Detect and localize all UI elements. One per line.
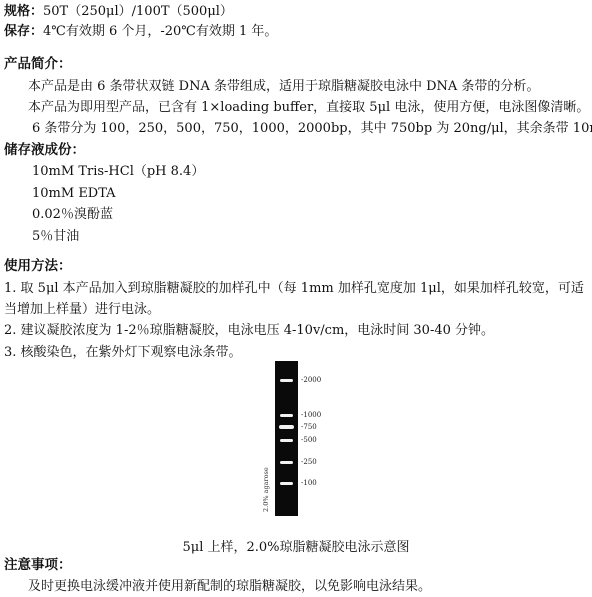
gel-band-100 bbox=[280, 482, 293, 485]
buffer-item: 10mM EDTA bbox=[32, 185, 116, 202]
buffer-heading: 储存液成份： bbox=[4, 142, 85, 159]
spec-line: 规格：50T（250μl）/100T（500μl） bbox=[4, 3, 233, 20]
buffer-item: 10mM Tris-HCl（pH 8.4） bbox=[32, 163, 204, 180]
buffer-item: 0.02％溴酚蓝 bbox=[32, 206, 113, 223]
gel-band-750 bbox=[279, 425, 294, 429]
usage-line: 当增加上样量）进行电泳。 bbox=[4, 301, 160, 318]
intro-heading: 产品简介： bbox=[4, 56, 72, 73]
storage-line: 保存：4℃有效期 6 个月，-20℃有效期 1 年。 bbox=[4, 23, 277, 40]
gel-caption: 5μl 上样，2.0%琼脂糖凝胶电泳示意图 bbox=[0, 536, 592, 555]
usage-line: 3. 核酸染色，在紫外灯下观察电泳条带。 bbox=[4, 344, 242, 361]
usage-line: 1. 取 5μl 本产品加入到琼脂糖凝胶的加样孔中（每 1mm 加样孔宽度加 1… bbox=[4, 280, 584, 297]
notes-line: 及时更换电泳缓冲液并使用新配制的琼脂糖凝胶，以免影响电泳结果。 bbox=[28, 578, 431, 595]
marker-label-1000: -1000 bbox=[301, 411, 321, 419]
intro-line: 6 条带分为 100，250，500，750，1000，2000bp，其中 75… bbox=[32, 120, 592, 137]
spec-label: 规格： bbox=[4, 4, 43, 19]
buffer-item: 5％甘油 bbox=[32, 228, 79, 245]
storage-value: 4℃有效期 6 个月，-20℃有效期 1 年。 bbox=[43, 24, 277, 39]
marker-label-100: -100 bbox=[301, 479, 317, 487]
gel-band-1000 bbox=[280, 414, 293, 417]
notes-heading: 注意事项： bbox=[4, 557, 72, 574]
gel-image bbox=[275, 361, 298, 516]
usage-heading: 使用方法： bbox=[4, 258, 72, 275]
marker-label-750: -750 bbox=[301, 423, 317, 431]
spec-value: 50T（250μl）/100T（500μl） bbox=[43, 4, 233, 19]
intro-line: 本产品是由 6 条带状双链 DNA 条带组成，适用于琼脂糖凝胶电泳中 DNA 条… bbox=[28, 78, 539, 95]
marker-label-250: -250 bbox=[301, 458, 317, 466]
storage-label: 保存： bbox=[4, 24, 43, 39]
gel-band-2000 bbox=[280, 379, 293, 382]
intro-line: 本产品为即用型产品，已含有 1×loading buffer，直接取 5μl 电… bbox=[28, 99, 589, 116]
marker-label-500: -500 bbox=[301, 436, 317, 444]
agarose-label: 2.0% agarose bbox=[262, 467, 270, 512]
usage-line: 2. 建议凝胶浓度为 1-2％琼脂糖凝胶，电泳电压 4-10v/cm，电泳时间 … bbox=[4, 322, 494, 339]
marker-label-2000: -2000 bbox=[301, 376, 321, 384]
gel-band-250 bbox=[280, 461, 293, 464]
gel-band-500 bbox=[280, 439, 293, 442]
